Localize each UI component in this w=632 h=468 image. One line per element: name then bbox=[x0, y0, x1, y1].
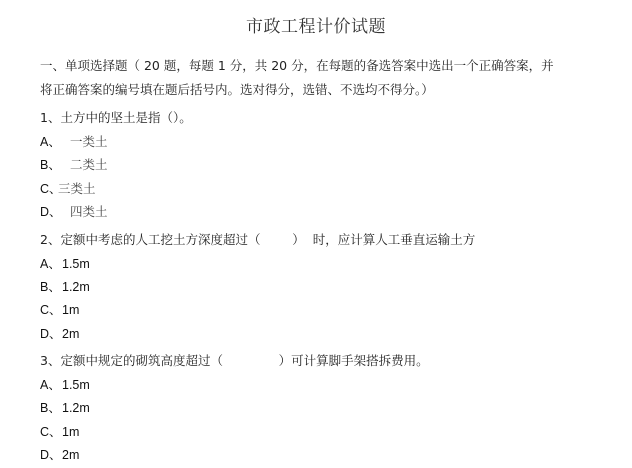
option-letter: B、 bbox=[40, 279, 62, 295]
question-3-option-c: C、1m bbox=[40, 424, 79, 440]
option-text: 二类土 bbox=[62, 157, 107, 172]
option-letter: C、 bbox=[40, 181, 58, 197]
option-text: 四类土 bbox=[62, 204, 107, 219]
option-text: 1.2m bbox=[62, 280, 90, 294]
option-letter: B、 bbox=[40, 157, 62, 173]
question-2-option-c: C、1m bbox=[40, 302, 79, 318]
option-letter: D、 bbox=[40, 204, 62, 220]
option-letter: C、 bbox=[40, 424, 62, 440]
question-2-option-a: A、1.5m bbox=[40, 256, 90, 272]
option-letter: A、 bbox=[40, 377, 62, 393]
option-text: 1.2m bbox=[62, 401, 90, 415]
option-text: 1.5m bbox=[62, 378, 90, 392]
page-title: 市政工程计价试题 bbox=[0, 12, 632, 37]
question-1-option-d: D、 四类土 bbox=[40, 204, 107, 220]
question-1-option-b: B、 二类土 bbox=[40, 157, 107, 173]
question-2-option-d: D、2m bbox=[40, 326, 79, 342]
section-heading-line-2: 将正确答案的编号填在题后括号内。选对得分，选错、不选均不得分。） bbox=[40, 82, 434, 98]
option-letter: A、 bbox=[40, 256, 62, 272]
question-3-option-d: D、2m bbox=[40, 447, 79, 463]
option-letter: C、 bbox=[40, 302, 62, 318]
question-1-option-c: C、三类土 bbox=[40, 181, 96, 197]
option-text: 三类土 bbox=[58, 181, 96, 196]
option-letter: B、 bbox=[40, 400, 62, 416]
section-heading-line-1: 一、单项选择题（ 20 题，每题 1 分，共 20 分，在每题的备选答案中选出一… bbox=[40, 58, 554, 74]
option-text: 1m bbox=[62, 303, 79, 317]
option-text: 2m bbox=[62, 327, 79, 341]
option-text: 1.5m bbox=[62, 257, 90, 271]
document-page: 市政工程计价试题 一、单项选择题（ 20 题，每题 1 分，共 20 分，在每题… bbox=[0, 0, 632, 468]
question-2-stem: 2、定额中考虑的人工挖土方深度超过（ ） 时，应计算人工垂直运输土方 bbox=[40, 232, 475, 248]
option-letter: A、 bbox=[40, 134, 62, 150]
question-3-stem: 3、定额中规定的砌筑高度超过（ ）可计算脚手架搭拆费用。 bbox=[40, 353, 429, 369]
option-text: 1m bbox=[62, 425, 79, 439]
option-letter: D、 bbox=[40, 447, 62, 463]
question-3-option-a: A、1.5m bbox=[40, 377, 90, 393]
question-1-stem: 1、土方中的坚土是指（）。 bbox=[40, 110, 192, 126]
question-2-option-b: B、1.2m bbox=[40, 279, 90, 295]
question-3-option-b: B、1.2m bbox=[40, 400, 90, 416]
question-1-option-a: A、 一类土 bbox=[40, 134, 107, 150]
option-letter: D、 bbox=[40, 326, 62, 342]
option-text: 2m bbox=[62, 448, 79, 462]
option-text: 一类土 bbox=[62, 134, 107, 149]
